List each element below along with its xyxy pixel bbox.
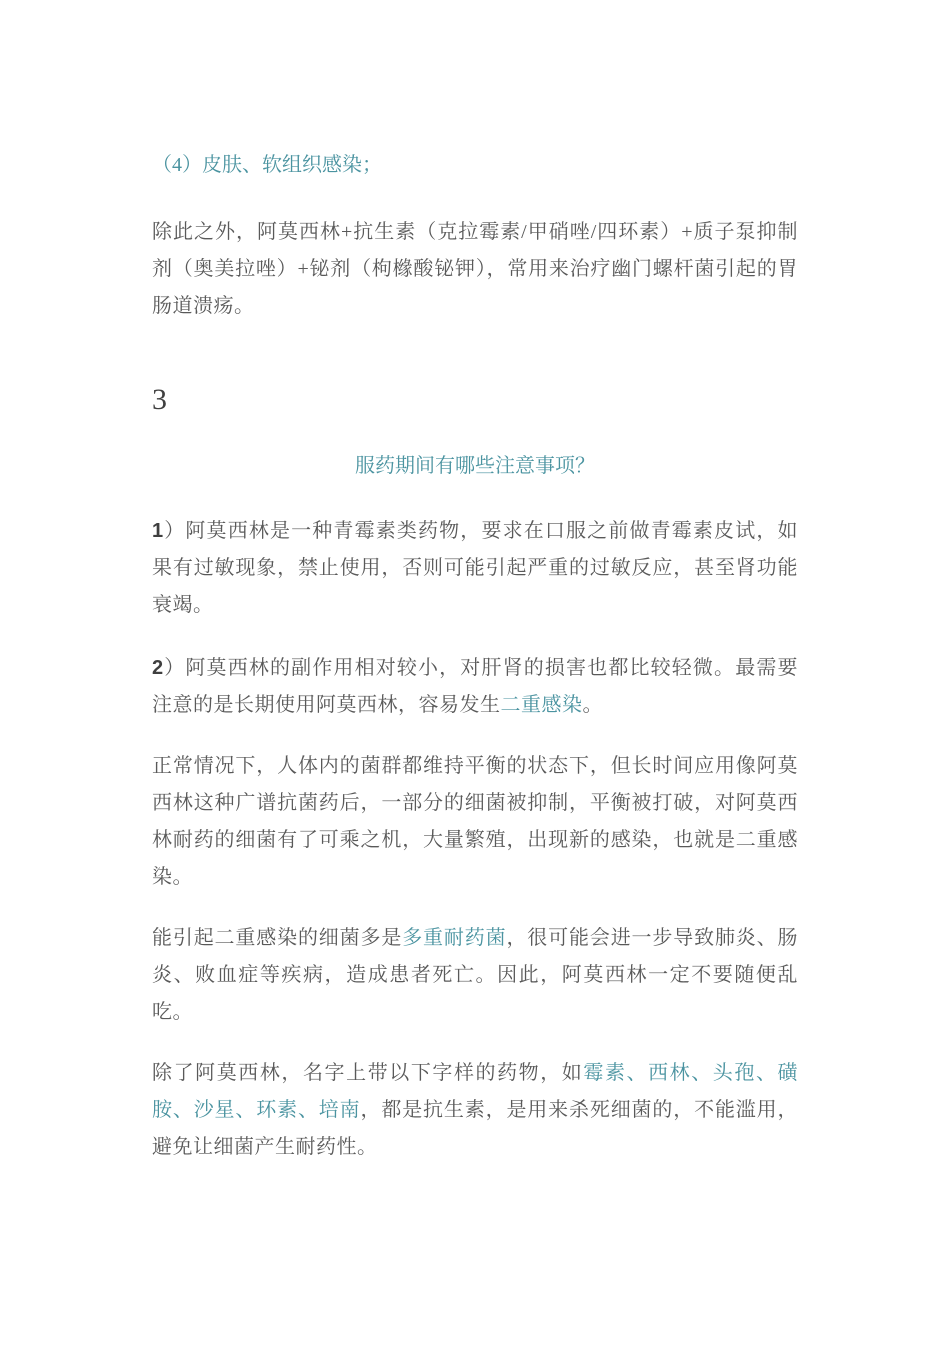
paragraph-text: 除此之外，阿莫西林+抗生素（克拉霉素/甲硝唑/四环素）+质子泵抑制剂（奥美拉唑）… [152,221,798,317]
paragraph-text: 除了阿莫西林，名字上带以下字样的药物，如 [152,1062,583,1084]
keyword-multidrug-resistant: 多重耐药菌 [402,927,506,949]
paragraph-antibiotic-names: 除了阿莫西林，名字上带以下字样的药物，如霉素、西林、头孢、磺胺、沙星、环素、培南… [152,1055,798,1166]
article-body: （4）皮肤、软组织感染； 除此之外，阿莫西林+抗生素（克拉霉素/甲硝唑/四环素）… [152,0,798,1166]
subheading-skin-infection: （4）皮肤、软组织感染； [152,147,798,184]
paragraph-text: 正常情况下，人体内的菌群都维持平衡的状态下，但长时间应用像阿莫西林这种广谱抗菌药… [152,755,798,888]
paragraph-item-1: 1）阿莫西林是一种青霉素类药物，要求在口服之前做青霉素皮试，如果有过敏现象，禁止… [152,513,798,624]
list-marker-1: 1 [152,520,164,542]
paragraph-text: ）阿莫西林是一种青霉素类药物，要求在口服之前做青霉素皮试，如果有过敏现象，禁止使… [152,520,798,616]
paragraph-text: 能引起二重感染的细菌多是 [152,927,402,949]
paragraph-hpylori-therapy: 除此之外，阿莫西林+抗生素（克拉霉素/甲硝唑/四环素）+质子泵抑制剂（奥美拉唑）… [152,214,798,325]
paragraph-flora-balance: 正常情况下，人体内的菌群都维持平衡的状态下，但长时间应用像阿莫西林这种广谱抗菌药… [152,748,798,896]
paragraph-text: 。 [583,694,604,716]
paragraph-item-2: 2）阿莫西林的副作用相对较小，对肝肾的损害也都比较轻微。最需要注意的是长期使用阿… [152,650,798,724]
section-number: 3 [152,381,798,418]
list-marker-2: 2 [152,657,164,679]
section-heading-precautions: 服药期间有哪些注意事项？ [152,448,798,485]
paragraph-resistant-bacteria: 能引起二重感染的细菌多是多重耐药菌，很可能会进一步导致肺炎、肠炎、败血症等疾病，… [152,920,798,1031]
paragraph-text: ）阿莫西林的副作用相对较小，对肝肾的损害也都比较轻微。最需要注意的是长期使用阿莫… [152,657,798,716]
keyword-superinfection: 二重感染 [501,694,583,716]
